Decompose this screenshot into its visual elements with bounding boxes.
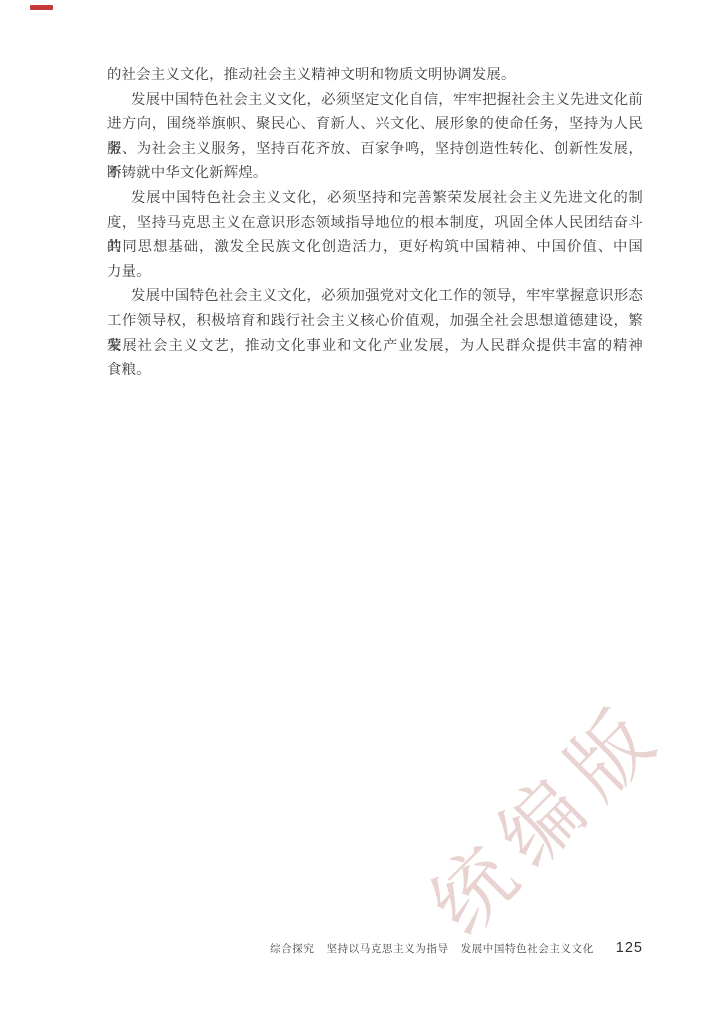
book-page: 的社会主义文化，推动社会主义精神文明和物质文明协调发展。 发展中国特色社会主义文… [0,0,714,1010]
footer-chapter-label: 发展中国特色社会主义文化 [461,941,594,956]
page-body-text: 的社会主义文化，推动社会主义精神文明和物质文明协调发展。 发展中国特色社会主义文… [107,63,643,383]
text-line: 工作领导权，积极培育和践行社会主义核心价值观，加强全社会思想道德建设，繁荣 [107,309,643,334]
text-line: 进方向，围绕举旗帜、聚民心、育新人、兴文化、展形象的使命任务，坚持为人民服 [107,112,643,137]
text-line: 力量。 [107,260,643,285]
text-line: 的社会主义文化，推动社会主义精神文明和物质文明协调发展。 [107,63,643,88]
text-line: 发展社会主义文艺，推动文化事业和文化产业发展，为人民群众提供丰富的精神 [107,334,643,359]
text-line: 发展中国特色社会主义文化，必须坚持和完善繁荣发展社会主义先进文化的制 [107,186,643,211]
edition-watermark: 统编版 [378,648,714,987]
page-number: 125 [616,940,643,956]
text-line: 食粮。 [107,358,643,383]
text-line: 共同思想基础，激发全民族文化创造活力，更好构筑中国精神、中国价值、中国 [107,235,643,260]
footer-unit-label: 坚持以马克思主义为指导 [326,941,448,956]
corner-crop-mark [30,5,53,10]
text-line: 发展中国特色社会主义文化，必须坚定文化自信，牢牢把握社会主义先进文化前 [107,88,643,113]
footer-section-label: 综合探究 [270,941,314,956]
text-line: 务、为社会主义服务，坚持百花齐放、百家争鸣，坚持创造性转化、创新性发展，不 [107,137,643,162]
text-line: 发展中国特色社会主义文化，必须加强党对文化工作的领导，牢牢掌握意识形态 [107,284,643,309]
text-line: 断铸就中华文化新辉煌。 [107,161,643,186]
page-footer: 综合探究 坚持以马克思主义为指导 发展中国特色社会主义文化 125 [107,940,643,956]
text-line: 度，坚持马克思主义在意识形态领域指导地位的根本制度，巩固全体人民团结奋斗的 [107,211,643,236]
